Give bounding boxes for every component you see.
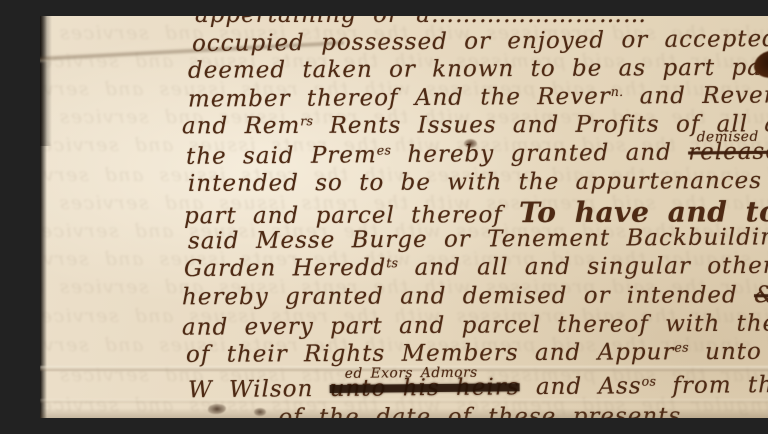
manuscript-line: of their Rights Members and Appures unto… <box>186 338 768 368</box>
handwriting-segment: unto the said <box>689 338 768 365</box>
correction-group: releaseddemised <box>688 139 768 166</box>
correction-group: unto his heirsed Exors Admors <box>330 374 520 402</box>
handwriting-segment: the said Prem <box>186 142 377 170</box>
handwriting-segment: W Wilson <box>188 376 330 403</box>
handwriting-segment: and Ass <box>519 373 641 400</box>
handwriting-segment: part and parcel thereof <box>184 202 519 229</box>
handwriting-segment: of their Rights Members and Appur <box>186 339 675 368</box>
handwriting-segment: occupied possessed or enjoyed or accepte… <box>192 25 768 57</box>
handwriting-segment: hereby granted and <box>391 139 688 168</box>
handwriting-segment: said Messe Burge or Tenement Backbuildin… <box>188 224 768 255</box>
handwriting-segment: member thereof And the Rever <box>188 84 611 113</box>
handwriting-segment: and Rem <box>182 113 300 139</box>
superscript-abbreviation: n. <box>611 84 624 99</box>
interline-insertion: ed Exors Admors <box>345 365 478 382</box>
handwriting-segment: and Rever <box>623 82 768 109</box>
interline-insertion: demised <box>697 129 759 146</box>
handwriting-segment: and every part and parcel thereof with t… <box>182 309 768 340</box>
manuscript-line: and Remrs Rents Issues and Profits of al… <box>182 111 768 140</box>
manuscript-line: and every part and parcel thereof with t… <box>182 309 768 340</box>
manuscript-line: hereby granted and demised or intended &… <box>182 282 768 311</box>
manuscript-photo: and singular the said premisses with the… <box>40 16 768 418</box>
manuscript-line: said Messe Burge or Tenement Backbuildin… <box>188 224 768 255</box>
manuscript-line: intended so to be with the appurtenances… <box>188 167 768 197</box>
manuscript-line: deemed taken or known to be as part parc… <box>188 54 768 83</box>
handwritten-text-block: appertaining or a………………………occupied posse… <box>40 16 768 418</box>
manuscript-line: W Wilson unto his heirsed Exors Admors a… <box>188 371 768 403</box>
handwriting-segment: and all and singular other the Prem <box>398 252 768 281</box>
superscript-abbreviation: ts <box>386 255 398 270</box>
manuscript-line: member thereof And the Revern. and Rever… <box>188 81 768 112</box>
superscript-abbreviation: os <box>642 374 657 389</box>
handwriting-segment: appertaining or a……………………… <box>195 16 647 28</box>
superscript-abbreviation: rs <box>300 113 313 128</box>
handwriting-segment: Garden Heredd <box>184 255 386 282</box>
struck-out-text: & <box>754 282 768 308</box>
handwriting-segment: deemed taken or known to be as part parc… <box>188 54 768 83</box>
ink-speck-above-granted <box>464 139 477 148</box>
manuscript-line: Garden Hereddts and all and singular oth… <box>184 252 768 282</box>
handwriting-segment: intended so to be with the appurtenances… <box>188 167 768 197</box>
handwriting-segment: hereby granted and demised or intended <box>182 282 754 310</box>
superscript-abbreviation: es <box>674 340 688 355</box>
bottom-edge-shading <box>40 408 768 418</box>
handwriting-segment: from the day next <box>656 371 768 399</box>
manuscript-line: appertaining or a……………………… <box>195 16 647 28</box>
superscript-abbreviation: es <box>377 142 392 157</box>
manuscript-line: occupied possessed or enjoyed or accepte… <box>192 25 768 57</box>
